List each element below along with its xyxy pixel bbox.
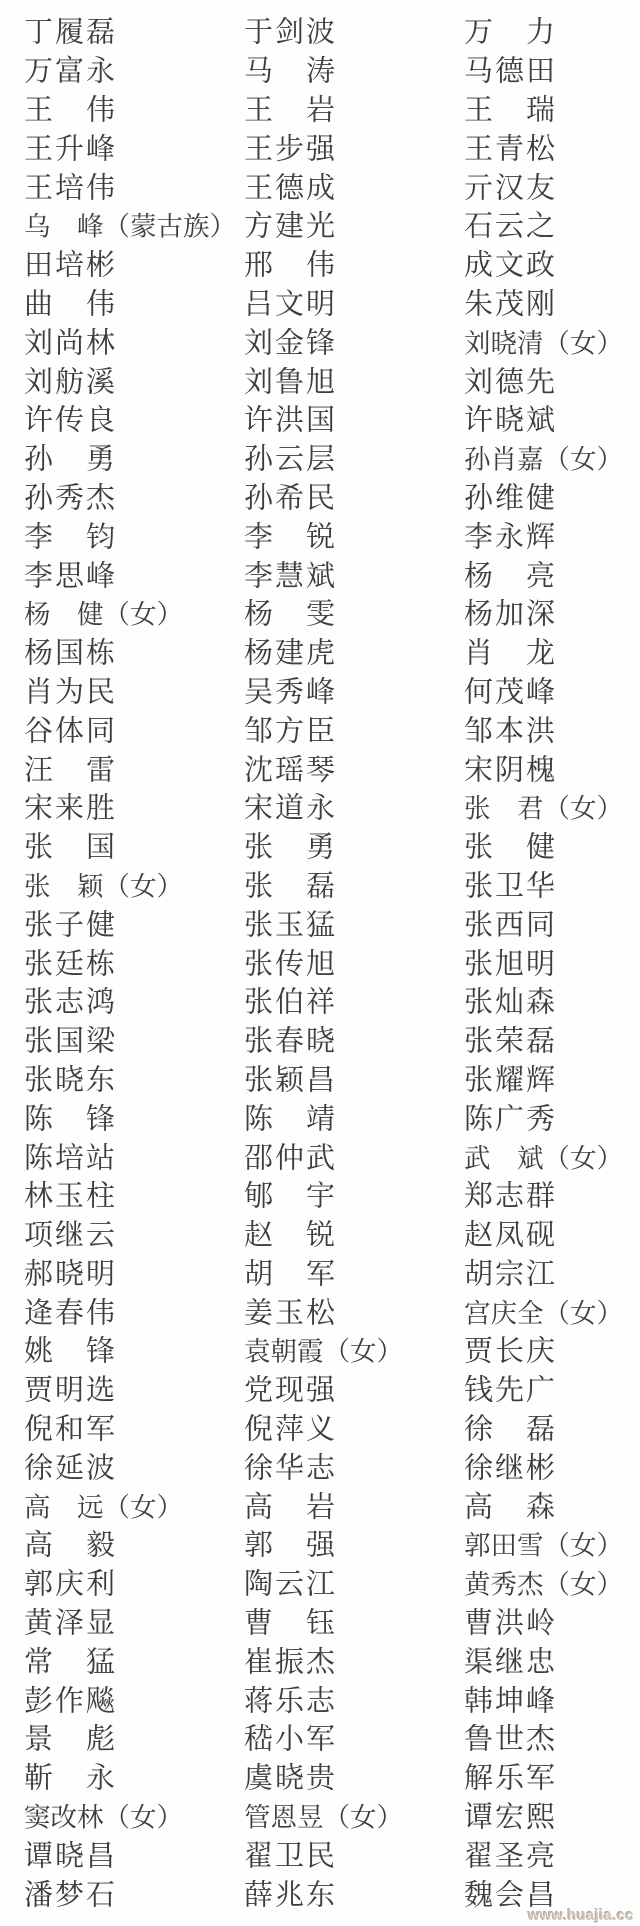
name-cell: 虞晓贵 [244, 1756, 337, 1797]
name-cell: 张志鸿 [24, 980, 117, 1021]
name-cell: 陈 靖 [244, 1096, 337, 1137]
name-cell: 吕文明 [244, 281, 337, 322]
name-row: 张子健张玉猛张西同 [0, 903, 640, 942]
name-cell: 胡宗江 [464, 1251, 557, 1292]
name-cell: 嵇小军 [244, 1717, 337, 1758]
name-row: 丁履磊于剑波万 力 [0, 11, 640, 50]
name-cell: 胡 军 [244, 1251, 337, 1292]
name-row: 徐延波徐华志徐继彬 [0, 1446, 640, 1485]
name-cell: 沈瑶琴 [244, 747, 337, 788]
name-cell: 钱先广 [464, 1368, 557, 1409]
name-cell: 邹方臣 [244, 708, 337, 749]
name-row: 高 远（女）高 岩高 森 [0, 1485, 640, 1524]
name-cell: 朱茂刚 [464, 281, 557, 322]
name-cell: 李思峰 [24, 553, 117, 594]
name-cell: 石云之 [464, 204, 557, 245]
name-cell: 李 钧 [24, 514, 117, 555]
name-row: 张廷栋张传旭张旭明 [0, 942, 640, 981]
name-row: 田培彬邢 伟成文政 [0, 244, 640, 283]
name-row: 常 猛崔振杰渠继忠 [0, 1640, 640, 1679]
name-cell: 刘金锋 [244, 320, 337, 361]
name-cell: 亓汉友 [464, 165, 557, 206]
name-cell: 邢 伟 [244, 243, 337, 284]
name-cell: 许晓斌 [464, 398, 557, 439]
name-cell: 张晓东 [24, 1057, 117, 1098]
name-cell: 林玉柱 [24, 1174, 117, 1215]
name-cell: 万富永 [24, 49, 117, 90]
name-cell: 宋道永 [244, 786, 337, 827]
name-cell: 孙云层 [244, 437, 337, 478]
name-row: 肖为民吴秀峰何茂峰 [0, 671, 640, 710]
name-cell: 王 岩 [244, 87, 337, 128]
name-row: 景 彪嵇小军鲁世杰 [0, 1718, 640, 1757]
name-cell: 徐华志 [244, 1445, 337, 1486]
name-cell: 赵 锐 [244, 1213, 337, 1254]
name-row: 谭晓昌翟卫民翟圣亮 [0, 1834, 640, 1873]
name-row: 刘舫溪刘鲁旭刘德先 [0, 360, 640, 399]
name-row: 靳 永虞晓贵解乐军 [0, 1757, 640, 1796]
name-row: 王培伟王德成亓汉友 [0, 166, 640, 205]
name-cell: 杨 雯 [244, 592, 337, 633]
name-cell: 郇 宇 [244, 1174, 337, 1215]
name-row: 乌 峰（蒙古族）方建光石云之 [0, 205, 640, 244]
name-row: 林玉柱郇 宇郑志群 [0, 1175, 640, 1214]
name-cell: 张 磊 [244, 863, 337, 904]
name-row: 杨国栋杨建虎肖 龙 [0, 632, 640, 671]
name-cell: 孙 勇 [24, 437, 117, 478]
name-row: 张志鸿张伯祥张灿森 [0, 981, 640, 1020]
name-cell: 杨加深 [464, 592, 557, 633]
name-row: 孙秀杰孙希民孙维健 [0, 477, 640, 516]
name-cell: 郑志群 [464, 1174, 557, 1215]
name-cell: 景 彪 [24, 1717, 117, 1758]
name-cell: 党现强 [244, 1368, 337, 1409]
name-cell: 王培伟 [24, 165, 117, 206]
name-cell: 陈培站 [24, 1135, 117, 1176]
name-row: 宋来胜宋道永张 君（女） [0, 787, 640, 826]
name-cell: 张国梁 [24, 1019, 117, 1060]
name-cell: 王德成 [244, 165, 337, 206]
name-row: 许传良许洪国许晓斌 [0, 399, 640, 438]
name-cell: 田培彬 [24, 243, 117, 284]
name-row: 郝晓明胡 军胡宗江 [0, 1253, 640, 1292]
name-row: 谷体同邹方臣邹本洪 [0, 709, 640, 748]
name-cell: 郭 强 [244, 1523, 337, 1564]
name-cell: 刘舫溪 [24, 359, 117, 400]
name-cell: 张灿森 [464, 980, 557, 1021]
name-cell: 马德田 [464, 49, 557, 90]
name-cell: 张玉猛 [244, 902, 337, 943]
name-row: 彭作飚蒋乐志韩坤峰 [0, 1679, 640, 1718]
name-row: 郭庆利陶云江黄秀杰（女） [0, 1563, 640, 1602]
name-cell: 黄泽显 [24, 1601, 117, 1642]
name-cell: 汪 雷 [24, 747, 117, 788]
name-cell: 张传旭 [244, 941, 337, 982]
watermark: www.huajia.cc [528, 1908, 634, 1924]
name-cell: 马 涛 [244, 49, 337, 90]
name-cell: 陶云江 [244, 1562, 337, 1603]
name-cell: 徐继彬 [464, 1445, 557, 1486]
name-row: 黄泽显曹 钰曹洪岭 [0, 1602, 640, 1641]
name-cell: 杨国栋 [24, 631, 117, 672]
name-cell: 项继云 [24, 1213, 117, 1254]
name-cell: 王 伟 [24, 87, 117, 128]
name-cell: 王升峰 [24, 126, 117, 167]
name-cell: 谭晓昌 [24, 1833, 117, 1874]
name-cell: 翟卫民 [244, 1833, 337, 1874]
name-cell: 孙维健 [464, 475, 557, 516]
name-cell: 窦改林（女） [24, 1796, 183, 1835]
name-cell: 张颖昌 [244, 1057, 337, 1098]
name-cell: 谭宏熙 [464, 1795, 557, 1836]
name-row: 孙 勇孙云层孙肖嘉（女） [0, 438, 640, 477]
name-row: 李思峰李慧斌杨 亮 [0, 554, 640, 593]
name-cell: 张耀辉 [464, 1057, 557, 1098]
name-row: 王升峰王步强王青松 [0, 127, 640, 166]
name-cell: 刘鲁旭 [244, 359, 337, 400]
name-row: 张晓东张颖昌张耀辉 [0, 1059, 640, 1098]
name-cell: 邵仲武 [244, 1135, 337, 1176]
name-cell: 陈 锋 [24, 1096, 117, 1137]
name-cell: 吴秀峰 [244, 669, 337, 710]
name-row: 高 毅郭 强郭田雪（女） [0, 1524, 640, 1563]
name-cell: 徐 磊 [464, 1407, 557, 1448]
name-cell: 王青松 [464, 126, 557, 167]
name-cell: 张 健 [464, 825, 557, 866]
name-cell: 渠继忠 [464, 1639, 557, 1680]
name-cell: 谷体同 [24, 708, 117, 749]
name-cell: 张旭明 [464, 941, 557, 982]
name-row: 张 国张 勇张 健 [0, 826, 640, 865]
name-cell: 郝晓明 [24, 1251, 117, 1292]
name-cell: 高 远（女） [24, 1485, 183, 1524]
name-cell: 邹本洪 [464, 708, 557, 749]
name-cell: 张荣磊 [464, 1019, 557, 1060]
name-cell: 曹 钰 [244, 1601, 337, 1642]
name-cell: 李 锐 [244, 514, 337, 555]
name-cell: 倪萍义 [244, 1407, 337, 1448]
name-cell: 杨建虎 [244, 631, 337, 672]
name-cell: 姚 锋 [24, 1329, 117, 1370]
name-cell: 贾明选 [24, 1368, 117, 1409]
name-row: 曲 伟吕文明朱茂刚 [0, 283, 640, 322]
name-cell: 张 国 [24, 825, 117, 866]
name-cell: 高 森 [464, 1484, 557, 1525]
name-cell: 成文政 [464, 243, 557, 284]
name-cell: 丁履磊 [24, 10, 117, 51]
name-row: 陈培站邵仲武武 斌（女） [0, 1136, 640, 1175]
name-cell: 郭田雪（女） [464, 1524, 623, 1563]
name-row: 项继云赵 锐赵凤砚 [0, 1214, 640, 1253]
name-cell: 宫庆全（女） [464, 1291, 623, 1330]
name-cell: 王步强 [244, 126, 337, 167]
name-row: 万富永马 涛马德田 [0, 50, 640, 89]
name-cell: 高 岩 [244, 1484, 337, 1525]
name-cell: 孙肖嘉（女） [464, 438, 623, 477]
name-cell: 黄秀杰（女） [464, 1563, 623, 1602]
name-cell: 许传良 [24, 398, 117, 439]
name-cell: 翟圣亮 [464, 1833, 557, 1874]
name-cell: 倪和军 [24, 1407, 117, 1448]
name-cell: 刘晓清（女） [464, 321, 623, 360]
name-cell: 张子健 [24, 902, 117, 943]
name-cell: 李慧斌 [244, 553, 337, 594]
name-cell: 何茂峰 [464, 669, 557, 710]
name-cell: 宋阴槐 [464, 747, 557, 788]
name-cell: 曹洪岭 [464, 1601, 557, 1642]
name-cell: 万 力 [464, 10, 557, 51]
name-cell: 常 猛 [24, 1639, 117, 1680]
name-cell: 李永辉 [464, 514, 557, 555]
name-cell: 许洪国 [244, 398, 337, 439]
name-row: 杨 健（女）杨 雯杨加深 [0, 593, 640, 632]
name-cell: 贾长庆 [464, 1329, 557, 1370]
name-cell: 潘梦石 [24, 1872, 117, 1913]
name-cell: 袁朝霞（女） [244, 1330, 403, 1369]
name-row: 王 伟王 岩王 瑞 [0, 89, 640, 128]
name-cell: 薛兆东 [244, 1872, 337, 1913]
name-row: 贾明选党现强钱先广 [0, 1369, 640, 1408]
name-cell: 魏会昌 [464, 1872, 557, 1913]
name-row: 姚 锋袁朝霞（女）贾长庆 [0, 1330, 640, 1369]
name-cell: 姜玉松 [244, 1290, 337, 1331]
name-cell: 张廷栋 [24, 941, 117, 982]
name-row: 陈 锋陈 靖陈广秀 [0, 1097, 640, 1136]
name-cell: 靳 永 [24, 1756, 117, 1797]
name-cell: 孙希民 [244, 475, 337, 516]
name-cell: 蒋乐志 [244, 1678, 337, 1719]
name-cell: 张卫华 [464, 863, 557, 904]
name-cell: 高 毅 [24, 1523, 117, 1564]
name-cell: 崔振杰 [244, 1639, 337, 1680]
name-row: 刘尚林刘金锋刘晓清（女） [0, 321, 640, 360]
name-cell: 陈广秀 [464, 1096, 557, 1137]
name-cell: 解乐军 [464, 1756, 557, 1797]
name-cell: 武 斌（女） [464, 1136, 623, 1175]
name-cell: 张伯祥 [244, 980, 337, 1021]
name-cell: 张 勇 [244, 825, 337, 866]
name-cell: 于剑波 [244, 10, 337, 51]
name-row: 窦改林（女）管恩昱（女）谭宏熙 [0, 1796, 640, 1835]
name-row: 张国梁张春晓张荣磊 [0, 1020, 640, 1059]
name-row: 逄春伟姜玉松宫庆全（女） [0, 1291, 640, 1330]
name-cell: 孙秀杰 [24, 475, 117, 516]
name-cell: 杨 亮 [464, 553, 557, 594]
name-cell: 鲁世杰 [464, 1717, 557, 1758]
name-cell: 管恩昱（女） [244, 1796, 403, 1835]
name-cell: 方建光 [244, 204, 337, 245]
name-cell: 宋来胜 [24, 786, 117, 827]
name-cell: 韩坤峰 [464, 1678, 557, 1719]
name-cell: 乌 峰（蒙古族） [24, 205, 236, 244]
name-cell: 郭庆利 [24, 1562, 117, 1603]
name-row: 潘梦石薛兆东魏会昌 [0, 1873, 640, 1912]
name-cell: 张西同 [464, 902, 557, 943]
name-cell: 王 瑞 [464, 87, 557, 128]
name-cell: 逄春伟 [24, 1290, 117, 1331]
name-cell: 徐延波 [24, 1445, 117, 1486]
name-cell: 曲 伟 [24, 281, 117, 322]
name-cell: 肖 龙 [464, 631, 557, 672]
name-cell: 肖为民 [24, 669, 117, 710]
name-cell: 彭作飚 [24, 1678, 117, 1719]
name-cell: 张 君（女） [464, 787, 623, 826]
name-cell: 杨 健（女） [24, 593, 183, 632]
name-list: 丁履磊于剑波万 力万富永马 涛马德田王 伟王 岩王 瑞王升峰王步强王青松王培伟王… [0, 11, 640, 1912]
name-cell: 赵凤砚 [464, 1213, 557, 1254]
name-cell: 刘德先 [464, 359, 557, 400]
name-cell: 张 颖（女） [24, 864, 183, 903]
name-cell: 刘尚林 [24, 320, 117, 361]
name-row: 汪 雷沈瑶琴宋阴槐 [0, 748, 640, 787]
name-row: 张 颖（女）张 磊张卫华 [0, 865, 640, 904]
name-cell: 张春晓 [244, 1019, 337, 1060]
name-row: 李 钧李 锐李永辉 [0, 515, 640, 554]
name-row: 倪和军倪萍义徐 磊 [0, 1408, 640, 1447]
